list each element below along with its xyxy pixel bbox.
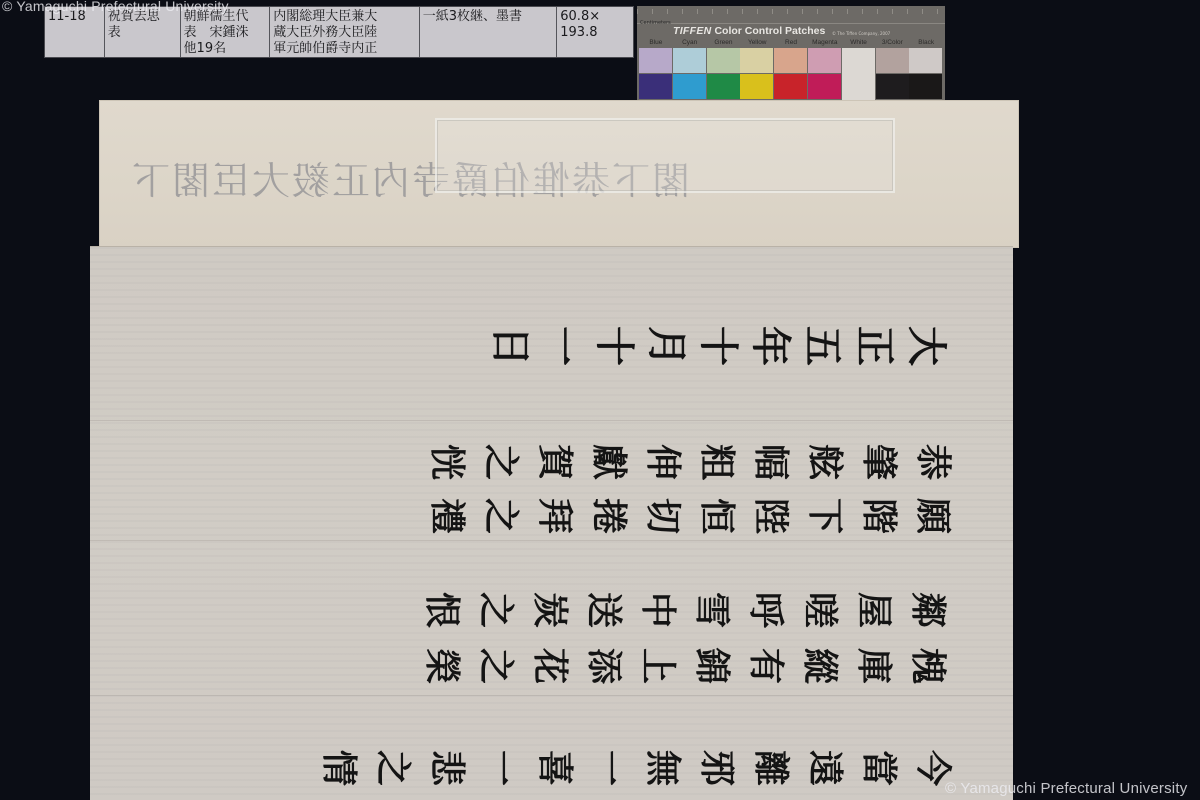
calligraphy-character: 無: [637, 741, 689, 795]
color-patch-bottom: [707, 74, 740, 99]
calligraphy-character: 花: [524, 639, 576, 693]
calligraphy-character: 之: [470, 639, 522, 693]
patch-label: Black: [909, 39, 943, 46]
catalog-dimensions: 60.8× 193.8: [557, 7, 633, 57]
calligraphy-character: 之: [367, 741, 419, 795]
catalog-title: 祝賀去思 表: [105, 7, 181, 57]
calligraphy-character: 一: [475, 741, 527, 795]
calligraphy-column: 願階下陛恒切捲拜之禮: [420, 490, 960, 542]
chart-title: TIFFEN Color Control Patches: [673, 25, 825, 37]
color-patch-bottom: [740, 74, 773, 99]
calligraphy-character: 賀: [529, 435, 581, 489]
calligraphy-column: 鄰屋嗟呼雪中送炭之恨: [415, 584, 955, 636]
calligraphy-character: 幅: [745, 435, 797, 489]
catalog-id: 11-18: [45, 7, 105, 57]
color-patch-bottom: [673, 74, 706, 99]
calligraphy-character: 大: [900, 320, 952, 372]
calligraphy-character: 禮: [421, 489, 473, 543]
color-patch-top: [740, 48, 773, 73]
ruler-label: Centimeters: [640, 20, 671, 26]
calligraphy-character: 錦: [686, 639, 738, 693]
patch-label: 3/Color: [875, 39, 909, 46]
catalog-format: 一紙3枚継、墨書: [420, 7, 558, 57]
calligraphy-character: 年: [744, 320, 796, 372]
patch-label: White: [842, 39, 876, 46]
color-patch-top: [909, 48, 942, 73]
glass-weight-plate: [435, 118, 895, 193]
calligraphy-character: 榮: [416, 639, 468, 693]
calligraphy-column: 大正五年十月十一日: [484, 320, 952, 372]
watermark-top: © Yamaguchi Prefectural University: [2, 0, 229, 14]
calligraphy-character: 上: [632, 639, 684, 693]
calligraphy-character: 當: [853, 741, 905, 795]
calligraphy-character: 炭: [524, 583, 576, 637]
color-patch-top: [842, 48, 875, 100]
calligraphy-character: 悲: [421, 741, 473, 795]
calligraphy-character: 階: [853, 489, 905, 543]
calligraphy-column: 恭肇舷幅粗伸獻賀之恍: [420, 436, 960, 488]
catalog-recipient: 内閣総理大臣兼大 蔵大臣外務大臣陸 軍元帥伯爵寺内正: [270, 7, 419, 57]
calligraphy-character: 恨: [416, 583, 468, 637]
brand-logo: TIFFEN: [673, 25, 712, 37]
calligraphy-character: 邪: [691, 741, 743, 795]
calligraphy-character: 五: [796, 320, 848, 372]
color-patch-top: [673, 48, 706, 73]
calligraphy-character: 下: [799, 489, 851, 543]
patch-label: Magenta: [808, 39, 842, 46]
calligraphy-character: 離: [745, 741, 797, 795]
calligraphy-character: 舷: [799, 435, 851, 489]
calligraphy-character: 十: [588, 320, 640, 372]
calligraphy-character: 雪: [686, 583, 738, 637]
calligraphy-character: 願: [907, 489, 959, 543]
calligraphy-character: 呼: [740, 583, 792, 637]
calligraphy-character: 喜: [529, 741, 581, 795]
calligraphy-character: 槐: [902, 639, 954, 693]
calligraphy-character: 正: [848, 320, 900, 372]
fold-line: [90, 695, 1013, 696]
calligraphy-character: 粗: [691, 435, 743, 489]
fold-line: [90, 420, 1013, 421]
patch-labels: BlueCyanGreenYellowRedMagentaWhite3/Colo…: [639, 39, 943, 46]
calligraphy-character: 恍: [421, 435, 473, 489]
color-patch-bottom: [876, 74, 909, 99]
color-patch-bottom: [774, 74, 807, 99]
patch-label: Cyan: [673, 39, 707, 46]
patch-label: Yellow: [740, 39, 774, 46]
calligraphy-character: 情: [313, 741, 365, 795]
calligraphy-character: 嗟: [794, 583, 846, 637]
color-patch-top: [774, 48, 807, 73]
calligraphy-character: 獻: [583, 435, 635, 489]
calligraphy-character: 添: [578, 639, 630, 693]
calligraphy-character: 恒: [691, 489, 743, 543]
color-patch-top: [707, 48, 740, 73]
watermark-bottom: © Yamaguchi Prefectural University: [945, 780, 1187, 797]
calligraphy-character: 一: [583, 741, 635, 795]
ruler: [637, 9, 945, 24]
calligraphy-character: 拜: [529, 489, 581, 543]
chart-copyright: © The Tiffen Company, 2007: [832, 31, 890, 36]
calligraphy-character: 屋: [848, 583, 900, 637]
calligraphy-column: 今當遠離邪無一喜一悲之情: [312, 742, 960, 794]
calligraphy-character: 恭: [907, 435, 959, 489]
calligraphy-character: 月: [640, 320, 692, 372]
calligraphy-character: 遠: [799, 741, 851, 795]
patch-grid: [639, 48, 943, 100]
patch-label: Red: [774, 39, 808, 46]
calligraphy-character: 送: [578, 583, 630, 637]
color-control-chart: Centimeters TIFFEN Color Control Patches…: [637, 6, 945, 100]
calligraphy-character: 之: [475, 489, 527, 543]
calligraphy-character: 中: [632, 583, 684, 637]
color-patch-bottom: [808, 74, 841, 99]
calligraphy-character: 捲: [583, 489, 635, 543]
calligraphy-character: 一: [536, 320, 588, 372]
catalog-author: 朝鮮儒生代 表 宋鍾洙 他19名: [181, 7, 271, 57]
calligraphy-character: 日: [484, 320, 536, 372]
color-patch-top: [808, 48, 841, 73]
color-patch-bottom: [909, 74, 942, 99]
chart-title-text: Color Control Patches: [714, 25, 825, 37]
calligraphy-character: 十: [692, 320, 744, 372]
calligraphy-character: 鄰: [902, 583, 954, 637]
calligraphy-character: 庫: [848, 639, 900, 693]
calligraphy-column: 槐庫縱有錦上添花之榮: [415, 640, 955, 692]
calligraphy-character: 有: [740, 639, 792, 693]
patch-label: Green: [707, 39, 741, 46]
calligraphy-character: 肇: [853, 435, 905, 489]
calligraphy-character: 之: [475, 435, 527, 489]
color-patch-top: [639, 48, 672, 73]
color-patch-top: [876, 48, 909, 73]
calligraphy-character: 陛: [745, 489, 797, 543]
calligraphy-character: 之: [470, 583, 522, 637]
calligraphy-character: 切: [637, 489, 689, 543]
calligraphy-character: 縱: [794, 639, 846, 693]
patch-label: Blue: [639, 39, 673, 46]
color-patch-bottom: [639, 74, 672, 99]
calligraphy-character: 伸: [637, 435, 689, 489]
